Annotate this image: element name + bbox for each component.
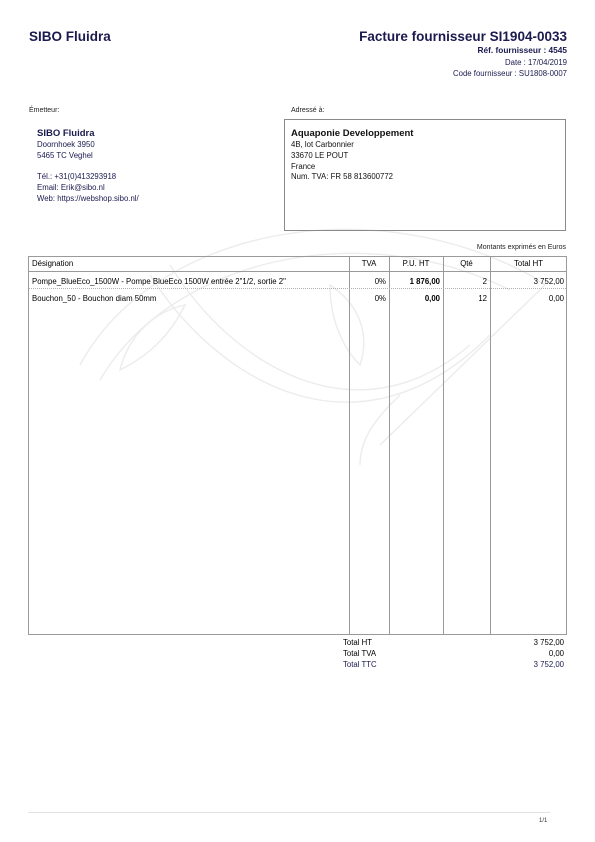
row-1-tva: 0% (349, 277, 386, 286)
row-1-designation: Pompe_BlueEco_1500W - Pompe BlueEco 1500… (32, 277, 286, 286)
sender-label: Émetteur: (29, 107, 59, 114)
sender-web: Web: https://webshop.sibo.nl/ (37, 194, 139, 205)
recipient-address-line2: 33670 LE POUT (291, 151, 413, 162)
sender-block: SIBO Fluidra Doornhoek 3950 5465 TC Vegh… (37, 128, 139, 205)
recipient-label: Adressé à: (291, 107, 324, 114)
sender-address-line1: Doornhoek 3950 (37, 140, 139, 151)
row-2-pu-ht: 0,00 (389, 294, 440, 303)
row-2-qty: 12 (443, 294, 487, 303)
sender-phone: Tél.: +31(0)413293918 (37, 172, 139, 183)
company-name: SIBO Fluidra (29, 29, 111, 44)
total-ttc-value: 3 752,00 (534, 660, 564, 671)
column-header-pu-ht: P.U. HT (389, 259, 443, 268)
recipient-address-line1: 4B, lot Carbonnier (291, 140, 413, 151)
total-tva-label: Total TVA (343, 649, 377, 660)
total-ht-value: 3 752,00 (534, 638, 564, 649)
sender-address-line2: 5465 TC Veghel (37, 151, 139, 162)
page-number: 1/1 (539, 818, 547, 824)
row-1-pu-ht: 1 876,00 (389, 277, 440, 286)
currency-note: Montants exprimés en Euros (477, 244, 566, 251)
sender-email: Email: Erik@sibo.nl (37, 183, 139, 194)
totals-values: 3 752,00 0,00 3 752,00 (534, 638, 564, 670)
recipient-block: Aquaponie Developpement 4B, lot Carbonni… (291, 128, 413, 183)
row-2-total-ht: 0,00 (490, 294, 564, 303)
recipient-name: Aquaponie Developpement (291, 128, 413, 140)
recipient-vat: Num. TVA: FR 58 813600772 (291, 172, 413, 183)
supplier-code: Code fournisseur : SU1808-0007 (453, 69, 567, 78)
row-1-qty: 2 (443, 277, 487, 286)
row-2-designation: Bouchon_50 - Bouchon diam 50mm (32, 294, 156, 303)
column-header-designation: Désignation (32, 259, 73, 268)
sender-name: SIBO Fluidra (37, 128, 139, 140)
invoice-title: Facture fournisseur SI1904-0033 (359, 29, 567, 44)
column-header-total-ht: Total HT (490, 259, 567, 268)
invoice-lines-table: Désignation TVA P.U. HT Qté Total HT Pom… (28, 256, 567, 635)
total-ht-label: Total HT (343, 638, 377, 649)
row-1-total-ht: 3 752,00 (490, 277, 564, 286)
total-tva-value: 0,00 (534, 649, 564, 660)
supplier-ref: Réf. fournisseur : 4545 (478, 45, 567, 55)
column-header-qty: Qté (443, 259, 490, 268)
invoice-date: Date : 17/04/2019 (505, 58, 567, 67)
recipient-country: France (291, 162, 413, 173)
column-header-tva: TVA (349, 259, 389, 268)
total-ttc-label: Total TTC (343, 660, 377, 671)
footer-divider (28, 812, 550, 813)
row-2-tva: 0% (349, 294, 386, 303)
totals-labels: Total HT Total TVA Total TTC (343, 638, 377, 670)
